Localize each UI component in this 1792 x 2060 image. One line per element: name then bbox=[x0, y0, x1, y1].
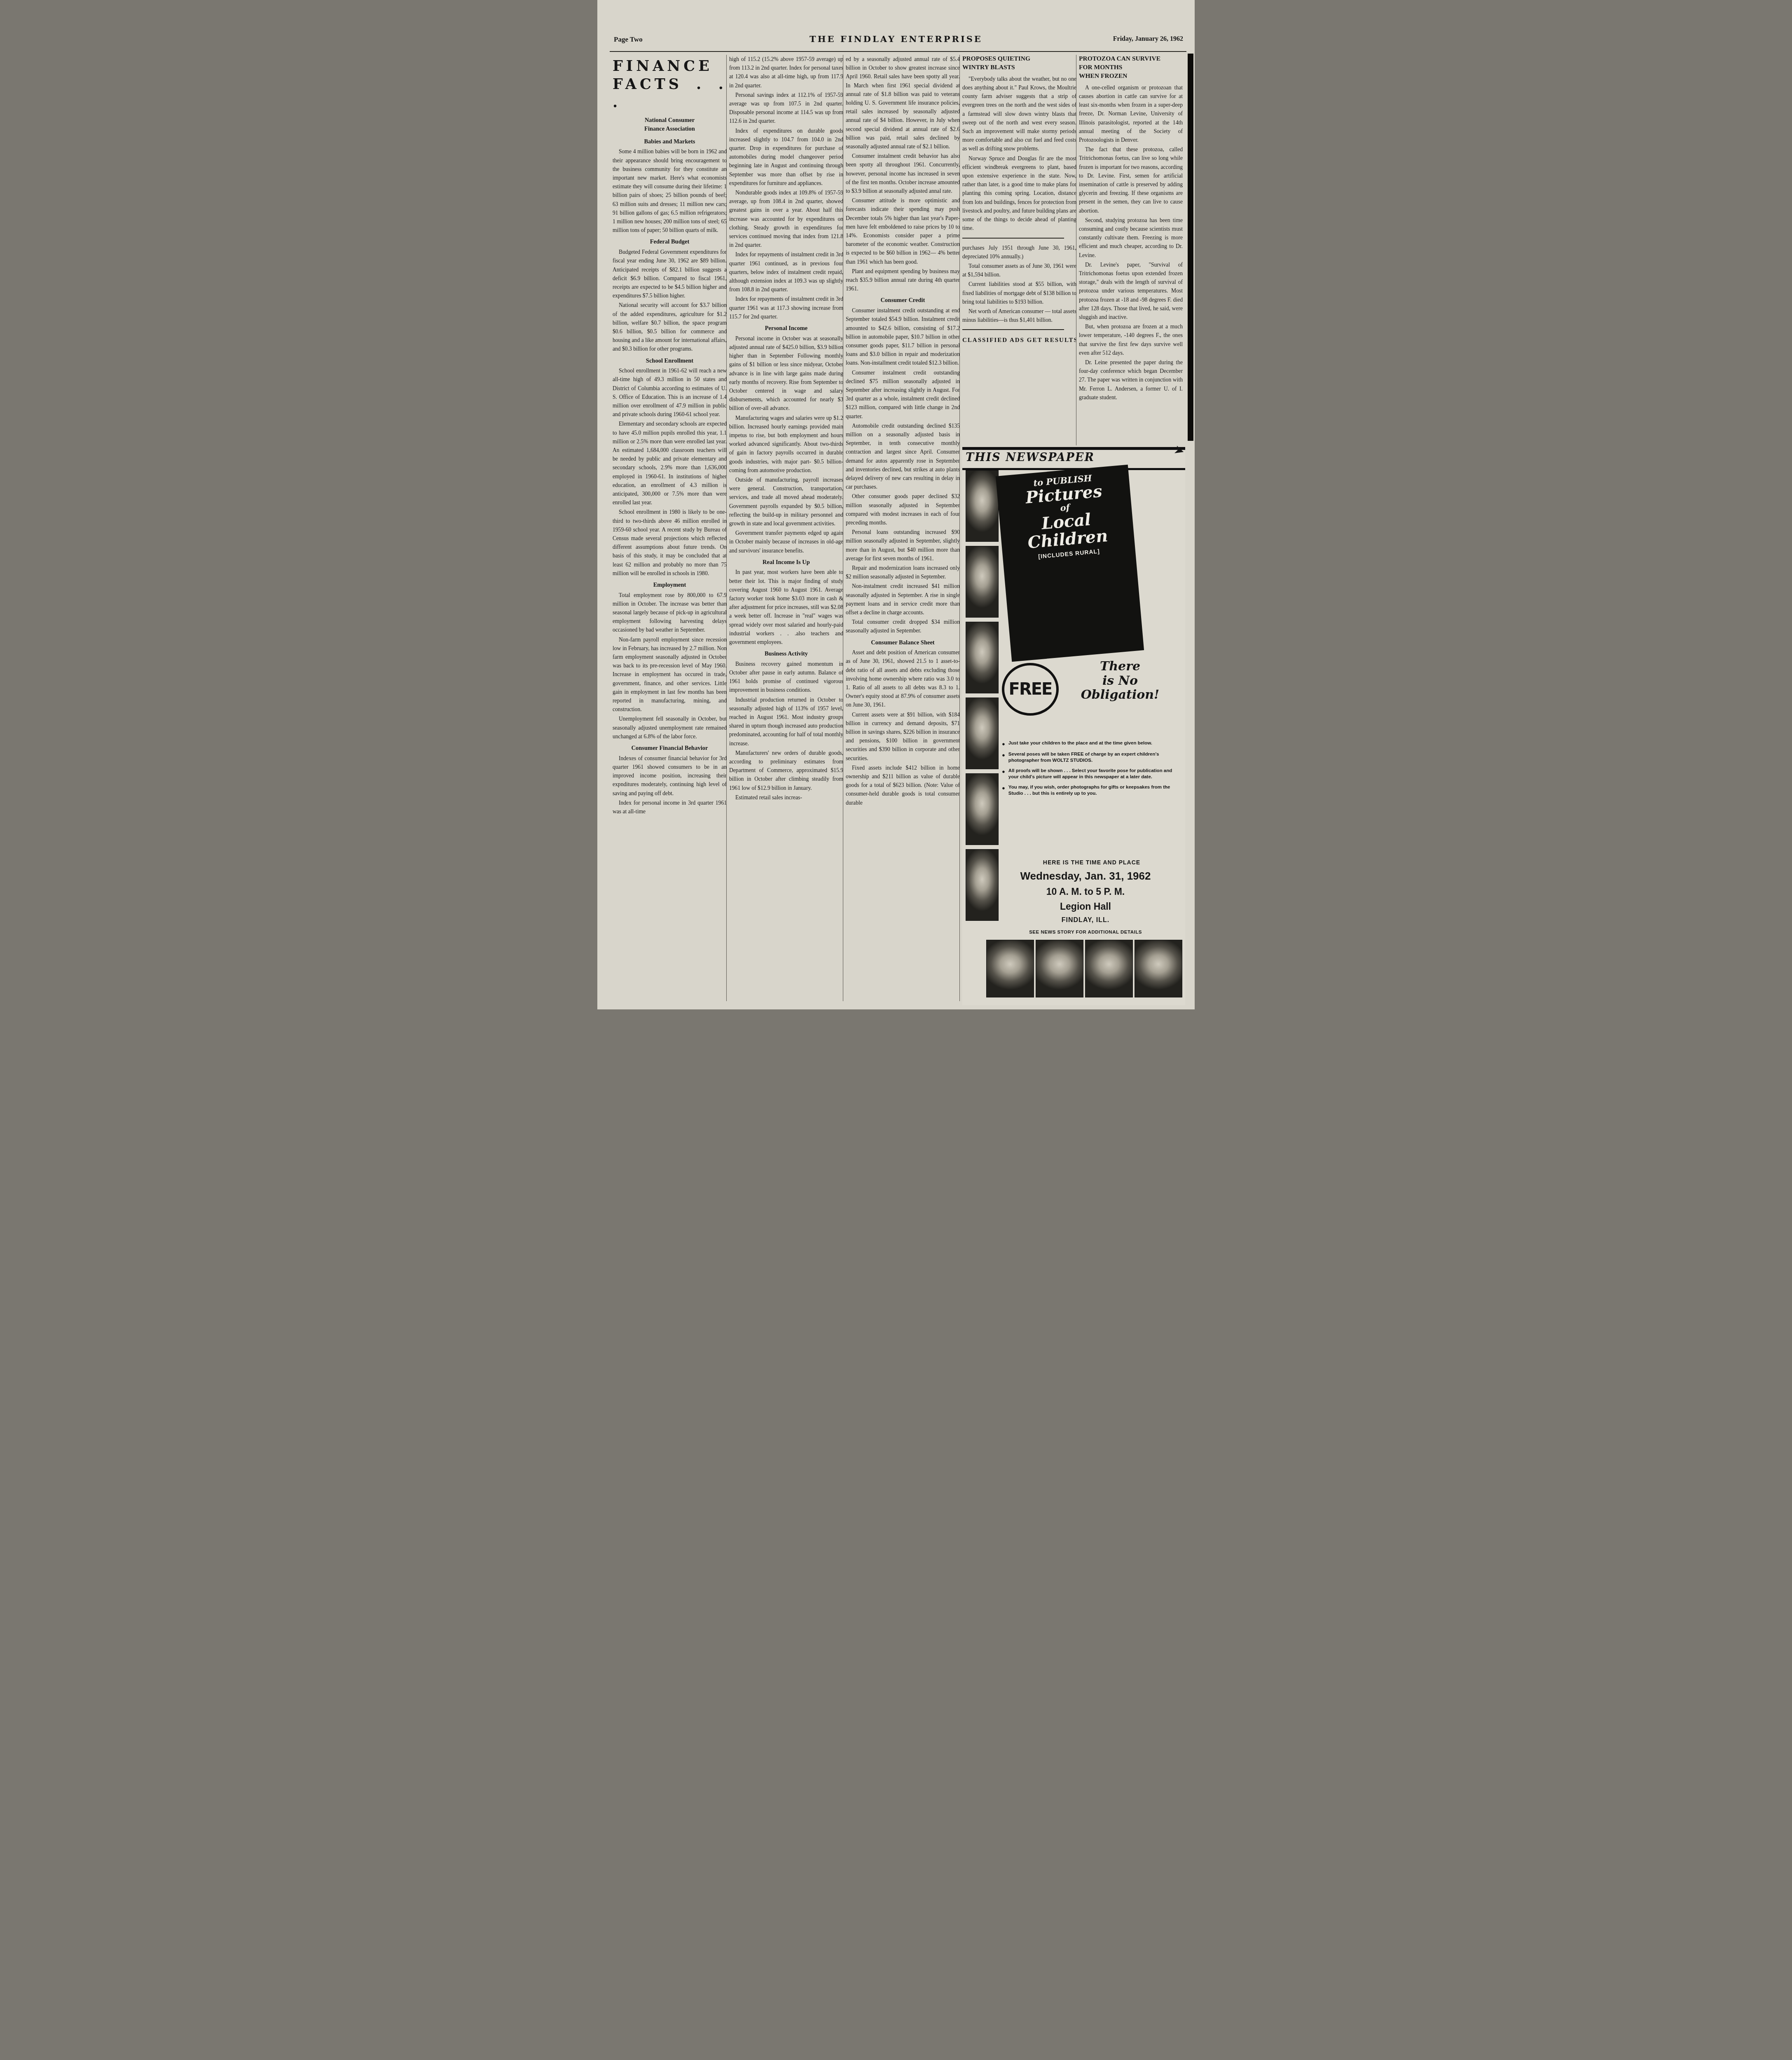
newspaper-page: Page Two THE FINDLAY ENTERPRISE Friday, … bbox=[597, 0, 1195, 1009]
column-five: PROTOZOA CAN SURVIVE FOR MONTHS WHEN FRO… bbox=[1079, 55, 1183, 445]
ad-bullet-item: ●All proofs will be shown . . . Select y… bbox=[1002, 768, 1182, 781]
column-divider bbox=[726, 55, 727, 1001]
paragraph: Current assets were at $91 billion, with… bbox=[846, 710, 960, 763]
paragraph: Index of expenditures on durable goods i… bbox=[729, 126, 843, 187]
section-heading: Personal Income bbox=[729, 324, 843, 333]
ad-footer-note: SEE NEWS STORY FOR ADDITIONAL DETAILS bbox=[987, 930, 1184, 935]
column-finance-facts: FINANCE FACTS . . .National Consumer Fin… bbox=[613, 55, 727, 1002]
ad-event-place: Legion Hall bbox=[987, 901, 1184, 912]
paragraph: Consumer instalment credit outstanding a… bbox=[846, 306, 960, 367]
paragraph: Norway Spruce and Douglas fir are the mo… bbox=[962, 154, 1076, 233]
article-headline: PROPOSES QUIETING WINTRY BLASTS bbox=[962, 55, 1076, 72]
section-heading: Consumer Credit bbox=[846, 296, 960, 305]
section-heading: Consumer Financial Behavior bbox=[613, 744, 727, 753]
paragraph: Budgeted Federal Government expenditures… bbox=[613, 248, 727, 300]
article-headline: PROTOZOA CAN SURVIVE FOR MONTHS WHEN FRO… bbox=[1079, 55, 1183, 81]
bullet-text: Just take your children to the place and… bbox=[1008, 740, 1152, 748]
paragraph: The fact that these protozoa, called Tri… bbox=[1079, 145, 1183, 215]
paragraph: But, when protozoa are frozen at a much … bbox=[1079, 322, 1183, 357]
divider bbox=[610, 51, 1186, 52]
section-heading: Federal Budget bbox=[613, 237, 727, 247]
rule-divider bbox=[962, 329, 1064, 330]
paragraph: "Everybody talks about the weather, but … bbox=[962, 75, 1076, 153]
paragraph: Consumer instalment credit behavior has … bbox=[846, 152, 960, 195]
section-heading: Consumer Balance Sheet bbox=[846, 638, 960, 648]
ad-banner: THIS NEWSPAPER ➤ bbox=[962, 447, 1185, 470]
paragraph: Net worth of American consumer — total a… bbox=[962, 307, 1076, 324]
paragraph: Dr. Leine presented the paper during the… bbox=[1079, 358, 1183, 402]
ad-tilted-panel: to PUBLISH Pictures of Local Children [I… bbox=[996, 465, 1144, 662]
bullet-icon: ● bbox=[1002, 751, 1005, 764]
column-divider bbox=[1076, 55, 1076, 445]
column-two: high of 115.2 (15.2% above 1957-59 avera… bbox=[729, 55, 843, 1002]
ad-bullet-item: ●Several poses will be taken FREE of cha… bbox=[1002, 751, 1182, 764]
paragraph: Personal loans outstanding increased $90… bbox=[846, 528, 960, 563]
paragraph: A one-celled organism or protozoan that … bbox=[1079, 83, 1183, 144]
bullet-icon: ● bbox=[1002, 740, 1005, 748]
paragraph: School enrollment in 1961-62 will reach … bbox=[613, 366, 727, 419]
paragraph: Consumer attitude is more optimistic and… bbox=[846, 196, 960, 266]
paragraph: purchases July 1951 through June 30, 196… bbox=[962, 243, 1076, 261]
paragraph: Fixed assets include $412 billion in hom… bbox=[846, 763, 960, 807]
paragraph: Personal savings index at 112.1% of 1957… bbox=[729, 91, 843, 126]
rule-divider bbox=[962, 238, 1064, 239]
paragraph: Index for personal income in 3rd quarter… bbox=[613, 798, 727, 816]
paragraph: Other consumer goods paper declined $32 … bbox=[846, 492, 960, 527]
paragraph: Indexes of consumer financial behavior f… bbox=[613, 754, 727, 798]
paragraph: Automobile credit outstanding declined $… bbox=[846, 421, 960, 492]
baby-photo bbox=[966, 773, 999, 845]
ad-bullet-item: ●You may, if you wish, order photographs… bbox=[1002, 784, 1182, 797]
baby-photo bbox=[966, 698, 999, 769]
paragraph: Dr. Levine's paper, "Survival of Tritric… bbox=[1079, 260, 1183, 321]
bullet-icon: ● bbox=[1002, 784, 1005, 797]
newspaper-title: THE FINDLAY ENTERPRISE bbox=[597, 34, 1195, 44]
baby-photo bbox=[986, 940, 1034, 997]
scan-edge-bar bbox=[1188, 54, 1193, 441]
ad-bullet-item: ●Just take your children to the place an… bbox=[1002, 740, 1182, 748]
bullet-icon: ● bbox=[1002, 768, 1005, 781]
section-heading: Real Income Is Up bbox=[729, 558, 843, 567]
finance-facts-headline: FINANCE FACTS . . . bbox=[613, 57, 727, 111]
ad-event-time: 10 A. M. to 5 P. M. bbox=[987, 886, 1184, 897]
paragraph: Business recovery gained momentum in Oct… bbox=[729, 660, 843, 695]
issue-date: Friday, January 26, 1962 bbox=[1113, 35, 1183, 43]
free-badge: FREE bbox=[1002, 663, 1059, 716]
paragraph: Some 4 million babies will be born in 19… bbox=[613, 147, 727, 234]
paragraph: Government transfer payments edged up ag… bbox=[729, 529, 843, 555]
baby-photo bbox=[966, 546, 999, 618]
ad-event-city: FINDLAY, ILL. bbox=[987, 917, 1184, 924]
paragraph: Elementary and secondary schools are exp… bbox=[613, 419, 727, 507]
paragraph: In past year, most workers have been abl… bbox=[729, 568, 843, 646]
column-divider bbox=[959, 55, 960, 1001]
paragraph: Nondurable goods index at 109.8% of 1957… bbox=[729, 188, 843, 249]
classified-ads-line: CLASSIFIED ADS GET RESULTS bbox=[962, 336, 1076, 345]
column-divider bbox=[843, 55, 843, 1001]
paragraph: Non-farm payroll employment since recess… bbox=[613, 635, 727, 714]
paragraph: School enrollment in 1980 is likely to b… bbox=[613, 508, 727, 578]
paragraph: Manufacturing wages and salaries were up… bbox=[729, 414, 843, 475]
baby-photo bbox=[1085, 940, 1133, 997]
paragraph: Asset and debt position of American cons… bbox=[846, 648, 960, 709]
paragraph: Consumer instalment credit outstanding d… bbox=[846, 368, 960, 421]
paragraph: Personal income in October was at season… bbox=[729, 334, 843, 413]
baby-photo bbox=[1135, 940, 1182, 997]
paragraph: Outside of manufacturing, payroll increa… bbox=[729, 475, 843, 528]
ad-here-line: HERE IS THE TIME AND PLACE bbox=[999, 859, 1184, 866]
paragraph: high of 115.2 (15.2% above 1957-59 avera… bbox=[729, 55, 843, 90]
section-heading: Business Activity bbox=[729, 649, 843, 659]
paragraph: Repair and modernization loans increased… bbox=[846, 564, 960, 581]
bullet-text: Several poses will be taken FREE of char… bbox=[1008, 751, 1182, 764]
bullet-text: All proofs will be shown . . . Select yo… bbox=[1008, 768, 1182, 781]
paragraph: Estimated retail sales increas- bbox=[729, 793, 843, 802]
baby-photo bbox=[966, 622, 999, 693]
section-heading: Babies and Markets bbox=[613, 137, 727, 147]
paragraph: Total consumer credit dropped $34 millio… bbox=[846, 618, 960, 635]
baby-photo bbox=[966, 470, 999, 542]
paragraph: Current liabilities stood at $55 billion… bbox=[962, 280, 1076, 306]
paragraph: Unemployment fell seasonally in October,… bbox=[613, 714, 727, 741]
paragraph: National security will account for $3.7 … bbox=[613, 301, 727, 353]
section-heading: School Enrollment bbox=[613, 356, 727, 366]
children-pictures-ad: THIS NEWSPAPER ➤ to PUBLISH Pictures of … bbox=[962, 447, 1185, 1005]
paragraph: Total consumer assets as of June 30, 196… bbox=[962, 262, 1076, 279]
paragraph: Industrial production returned in Octobe… bbox=[729, 695, 843, 748]
ad-banner-title: THIS NEWSPAPER bbox=[966, 451, 1095, 464]
section-heading: Employment bbox=[613, 581, 727, 590]
baby-photo bbox=[1036, 940, 1083, 997]
ad-event-date: Wednesday, Jan. 31, 1962 bbox=[987, 870, 1184, 883]
byline: National Consumer Finance Association bbox=[613, 116, 727, 133]
paragraph: Index for repayments of instalment credi… bbox=[729, 295, 843, 321]
no-obligation-text: There is No Obligation! bbox=[1060, 660, 1180, 702]
paragraph: Second, studying protozoa has been time … bbox=[1079, 216, 1183, 260]
paragraph: Total employment rose by 800,000 to 67.9… bbox=[613, 591, 727, 634]
column-four: PROPOSES QUIETING WINTRY BLASTS"Everybod… bbox=[962, 55, 1076, 445]
column-three: ed by a seasonally adjusted annual rate … bbox=[846, 55, 960, 1002]
paragraph: Non-instalment credit increased $41 mill… bbox=[846, 582, 960, 617]
paragraph: Manufacturers' new orders of durable goo… bbox=[729, 749, 843, 792]
bullet-text: You may, if you wish, order photographs … bbox=[1008, 784, 1182, 797]
paragraph: Plant and equipment spending by business… bbox=[846, 267, 960, 293]
paragraph: ed by a seasonally adjusted annual rate … bbox=[846, 55, 960, 151]
ad-bullet-list: ●Just take your children to the place an… bbox=[1002, 740, 1182, 801]
paragraph: Index for repayments of instalment credi… bbox=[729, 250, 843, 294]
